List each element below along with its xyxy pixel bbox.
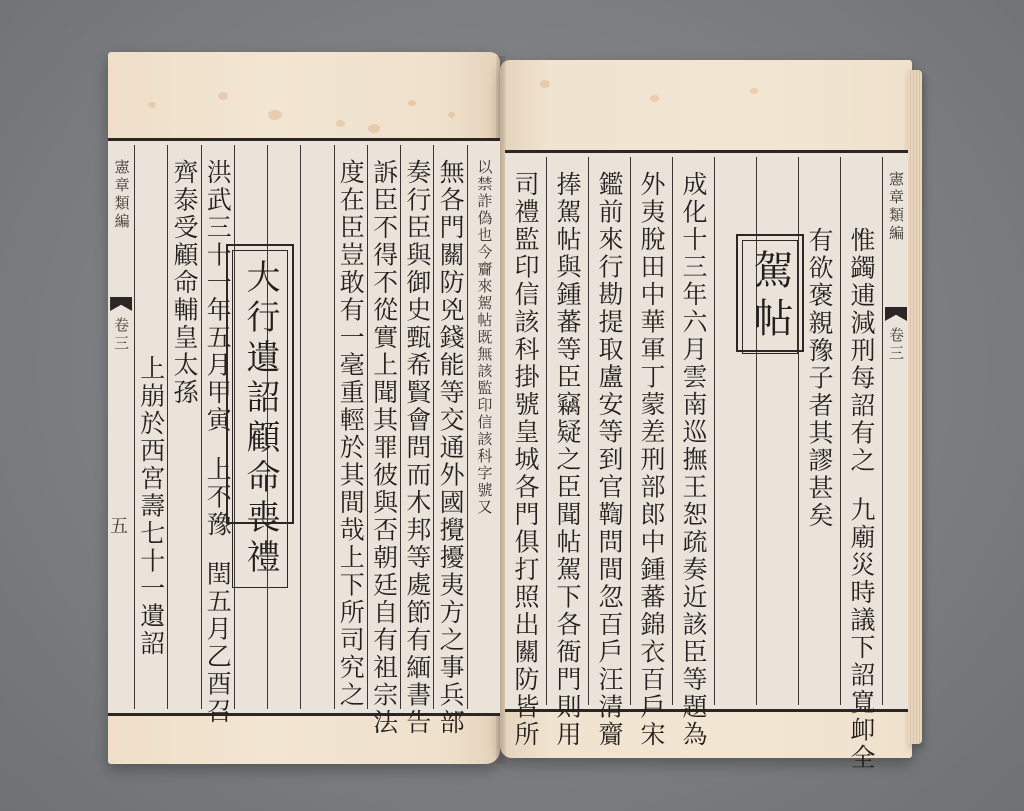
foxing-spot bbox=[148, 102, 156, 108]
section-heading-box: 大行遺詔顧命喪禮 bbox=[226, 244, 294, 524]
text-column: 以禁詐偽也今齎來駕帖既無該監印信該科字號又 bbox=[467, 145, 500, 709]
section-heading-box: 駕帖 bbox=[736, 234, 804, 352]
text-column: 上崩於西宮壽七十一遺詔 bbox=[134, 145, 167, 709]
left-printed-frame: 以禁詐偽也今齎來駕帖既無該監印信該科字號又 無各門關防兇錢能等交通外國攪擾夷方之… bbox=[108, 138, 500, 716]
column-text: 外夷脫田中華軍丁蒙差刑部郎中鍾蕃錦衣百戶宋 bbox=[639, 171, 664, 705]
foxing-spot bbox=[750, 88, 758, 94]
left-text-columns: 以禁詐偽也今齎來駕帖既無該監印信該科字號又 無各門關防兇錢能等交通外國攪擾夷方之… bbox=[108, 145, 500, 709]
left-margin-column: 憲章類編 卷三 bbox=[108, 145, 134, 709]
text-column: 司禮監印信該科掛號皇城各門俱打照出關防皆所 bbox=[505, 157, 546, 705]
text-column: 奏行臣與御史甄希賢會問而木邦等處節有緬書告 bbox=[400, 145, 433, 709]
section-heading-inner: 大行遺詔顧命喪禮 bbox=[232, 250, 288, 588]
volume-label: 卷三 bbox=[888, 327, 903, 363]
column-text: 以禁詐偽也今齎來駕帖既無該監印信該科字號又 bbox=[476, 159, 491, 709]
page-number: 五 bbox=[110, 512, 128, 538]
text-column: 捧駕帖與鍾蕃等臣竊疑之臣聞帖駕下各衙門則用 bbox=[546, 157, 588, 705]
column-text: 度在臣豈敢有一毫重輕於其間哉上下所司究之 bbox=[338, 159, 363, 709]
foxing-spot bbox=[336, 120, 345, 127]
column-text: 齊泰受顧命輔皇太孫 bbox=[172, 159, 197, 709]
column-text: 訴臣不得不從實上聞其罪彼與否朝廷自有祖宗法 bbox=[372, 159, 397, 709]
book-title-margin: 憲章類編 bbox=[888, 171, 903, 705]
summon-text: 閏五月乙酉召 bbox=[203, 561, 232, 726]
volume-label: 卷三 bbox=[113, 317, 128, 353]
text-column: 無各門關防兇錢能等交通外國攪擾夷方之事兵部 bbox=[433, 145, 466, 709]
column-text: 上崩於西宮壽七十一遺詔 bbox=[139, 355, 164, 709]
column-text: 司禮監印信該科掛號皇城各門俱打照出關防皆所 bbox=[513, 171, 538, 705]
text-column: 訴臣不得不從實上聞其罪彼與否朝廷自有祖宗法 bbox=[367, 145, 400, 709]
column-text: 鑑前來行勘提取盧安等到官鞫問間忽百戶汪清齎 bbox=[597, 171, 622, 705]
column-text: 無各門關防兇錢能等交通外國攪擾夷方之事兵部 bbox=[438, 159, 463, 709]
foxing-spot bbox=[368, 124, 380, 133]
foxing-spot bbox=[218, 92, 228, 100]
column-text-part: 惟蠲逋減刑每詔有之 bbox=[847, 227, 876, 475]
open-book: 以禁詐偽也今齎來駕帖既無該監印信該科字號又 無各門關防兇錢能等交通外國攪擾夷方之… bbox=[0, 0, 1024, 811]
column-text-part: 九廟災時議下詔寬卹全 bbox=[847, 497, 876, 772]
text-column: 有欲褒親豫子者其謬甚矣 bbox=[798, 157, 840, 705]
foxing-spot bbox=[448, 112, 455, 118]
text-column: 成化十三年六月雲南巡撫王恕疏奏近該臣等題為 bbox=[672, 157, 714, 705]
foxing-spot bbox=[408, 100, 416, 106]
text-column: 外夷脫田中華軍丁蒙差刑部郎中鍾蕃錦衣百戶宋 bbox=[630, 157, 672, 705]
book-title-margin: 憲章類編 bbox=[114, 159, 129, 709]
column-text: 惟蠲逋減刑每詔有之九廟災時議下詔寬卹全 bbox=[849, 227, 874, 705]
foxing-spot bbox=[540, 80, 550, 88]
text-column: 度在臣豈敢有一毫重輕於其間哉上下所司究之 bbox=[334, 145, 367, 709]
right-printed-frame: 憲章類編 卷三 惟蠲逋減刑每詔有之九廟災時議下詔寬卹全 有欲褒親豫子者其謬甚矣 … bbox=[505, 150, 908, 712]
section-heading-inner: 駕帖 bbox=[742, 240, 798, 354]
text-column: 齊泰受顧命輔皇太孫 bbox=[167, 145, 200, 709]
section-heading: 駕帖 bbox=[750, 249, 790, 345]
text-column: 惟蠲逋減刑每詔有之九廟災時議下詔寬卹全 bbox=[840, 157, 882, 705]
foxing-spot bbox=[650, 95, 659, 102]
foxing-spot bbox=[268, 110, 282, 120]
right-text-columns: 憲章類編 卷三 惟蠲逋減刑每詔有之九廟災時議下詔寬卹全 有欲褒親豫子者其謬甚矣 … bbox=[505, 157, 908, 705]
column-text: 有欲褒親豫子者其謬甚矣 bbox=[807, 227, 832, 705]
page-edges bbox=[908, 70, 922, 744]
column-text: 捧駕帖與鍾蕃等臣竊疑之臣聞帖駕下各衙門則用 bbox=[555, 171, 580, 705]
column-text: 奏行臣與御史甄希賢會問而木邦等處節有緬書告 bbox=[405, 159, 430, 709]
empty-column bbox=[300, 145, 333, 709]
right-margin-column: 憲章類編 卷三 bbox=[882, 157, 908, 705]
section-heading: 大行遺詔顧命喪禮 bbox=[243, 259, 277, 579]
text-column: 鑑前來行勘提取盧安等到官鞫問間忽百戶汪清齎 bbox=[588, 157, 630, 705]
column-text: 成化十三年六月雲南巡撫王恕疏奏近該臣等題為 bbox=[681, 171, 706, 705]
